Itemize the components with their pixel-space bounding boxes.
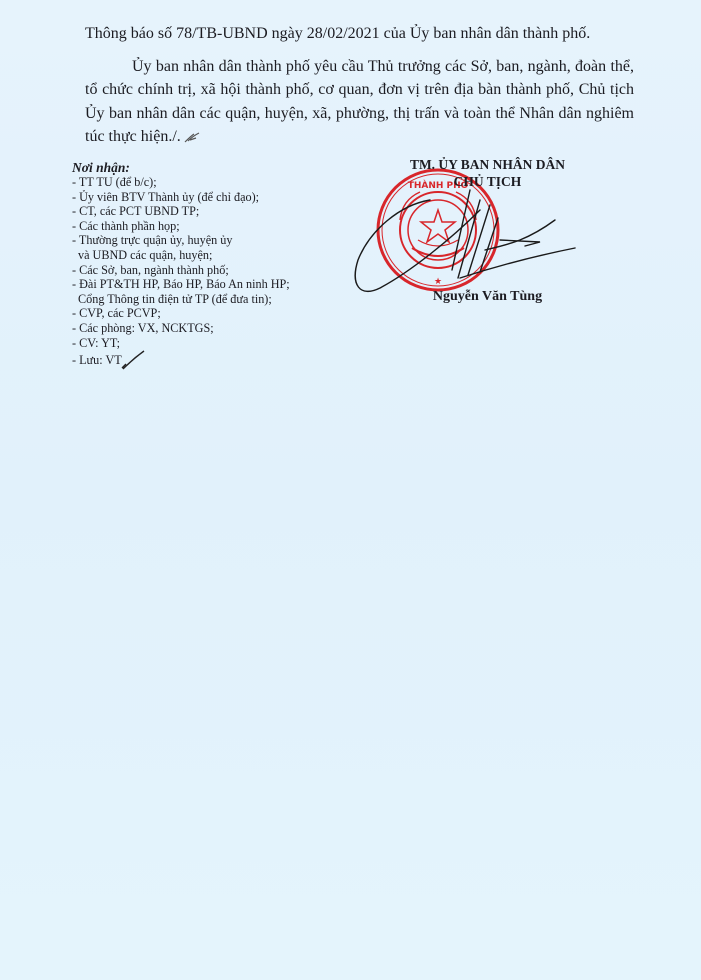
recipient-text: - Ủy viên BTV Thành ủy (để chỉ đạo); bbox=[72, 190, 259, 204]
recipient-text: - TT TU (để b/c); bbox=[72, 175, 157, 189]
recipients-list: Nơi nhận: - TT TU (để b/c);- Ủy viên BTV… bbox=[72, 160, 290, 370]
organization-line: TM. ỦY BAN NHÂN DÂN bbox=[385, 156, 590, 173]
recipient-text-continued: Cổng Thông tin điện tử TP (để đưa tin); bbox=[72, 292, 290, 307]
reference-line: Thông báo số 78/TB-UBND ngày 28/02/2021 … bbox=[85, 22, 634, 45]
recipient-text: - Các thành phần họp; bbox=[72, 219, 180, 233]
recipient-text: - Các Sở, ban, ngành thành phố; bbox=[72, 263, 229, 277]
signer-role: CHỦ TỊCH bbox=[385, 173, 590, 190]
recipient-text-continued: và UBND các quận, huyện; bbox=[72, 248, 290, 263]
svg-text:★: ★ bbox=[434, 277, 442, 287]
recipient-item: - Các phòng: VX, NCKTGS; bbox=[72, 321, 290, 336]
recipient-item: - Ủy viên BTV Thành ủy (để chỉ đạo); bbox=[72, 190, 290, 205]
recipient-item: - Đài PT&TH HP, Báo HP, Báo An ninh HP;C… bbox=[72, 277, 290, 306]
recipient-item: - CVP, các PCVP; bbox=[72, 306, 290, 321]
recipients-title: Nơi nhận: bbox=[72, 160, 290, 175]
recipients-items: - TT TU (để b/c);- Ủy viên BTV Thành ủy … bbox=[72, 175, 290, 370]
recipient-item: - CV: YT; bbox=[72, 336, 290, 351]
signature-icon bbox=[355, 190, 575, 291]
check-mark-icon bbox=[120, 350, 146, 370]
recipient-text: - CV: YT; bbox=[72, 336, 120, 350]
recipient-item: - TT TU (để b/c); bbox=[72, 175, 290, 190]
recipient-text: - Thường trực quận ủy, huyện ủy bbox=[72, 233, 232, 247]
closing-paragraph: Ủy ban nhân dân thành phố yêu cầu Thủ tr… bbox=[85, 55, 634, 148]
recipient-item: - Thường trực quận ủy, huyện ủyvà UBND c… bbox=[72, 233, 290, 262]
recipient-item: - CT, các PCT UBND TP; bbox=[72, 204, 290, 219]
recipient-text: - CVP, các PCVP; bbox=[72, 306, 161, 320]
closing-section: Thông báo số 78/TB-UBND ngày 28/02/2021 … bbox=[85, 22, 634, 148]
signature-block: TM. ỦY BAN NHÂN DÂN CHỦ TỊCH bbox=[385, 156, 590, 190]
document-page: Thông báo số 78/TB-UBND ngày 28/02/2021 … bbox=[0, 0, 701, 980]
recipient-text: - CT, các PCT UBND TP; bbox=[72, 204, 199, 218]
closing-paragraph-text: Ủy ban nhân dân thành phố yêu cầu Thủ tr… bbox=[85, 58, 634, 145]
initial-mark-icon bbox=[184, 131, 200, 143]
recipient-item: - Các thành phần họp; bbox=[72, 219, 290, 234]
recipient-item: - Các Sở, ban, ngành thành phố; bbox=[72, 263, 290, 278]
signer-name: Nguyễn Văn Tùng bbox=[385, 289, 590, 305]
recipient-text: - Đài PT&TH HP, Báo HP, Báo An ninh HP; bbox=[72, 277, 290, 291]
recipient-item: - Lưu: VT bbox=[72, 350, 290, 370]
recipient-text: - Lưu: VT bbox=[72, 353, 122, 367]
recipient-text: - Các phòng: VX, NCKTGS; bbox=[72, 321, 214, 335]
